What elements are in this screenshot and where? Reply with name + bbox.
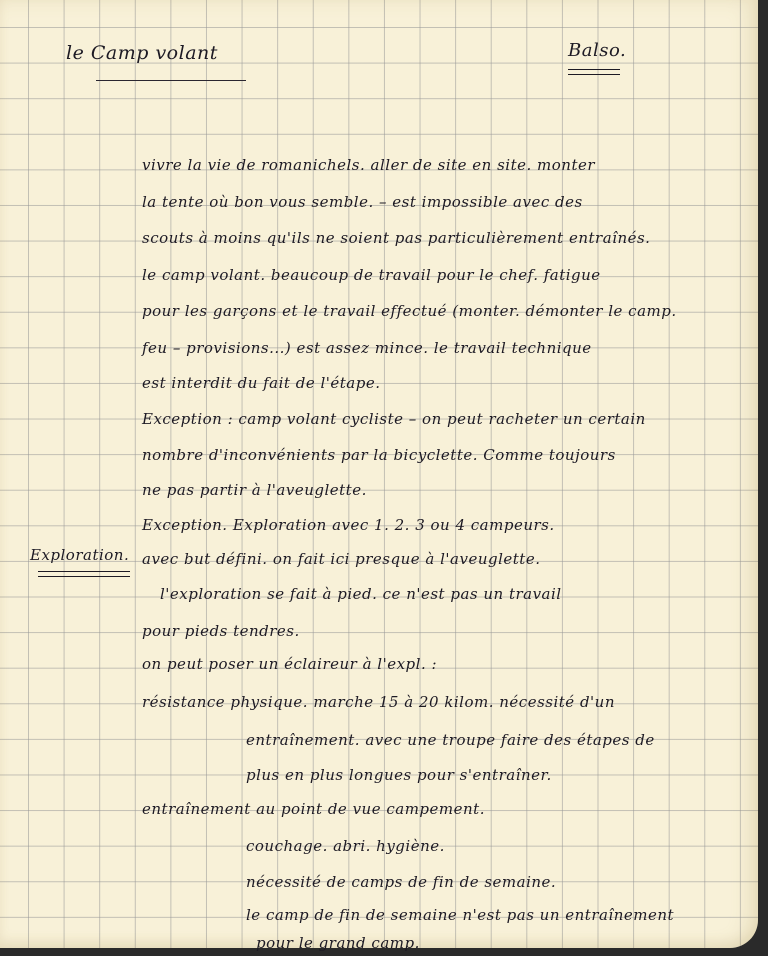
text-line: pour le grand camp. bbox=[256, 934, 420, 952]
text-line: nombre d'inconvénients par la bicyclette… bbox=[142, 446, 616, 464]
margin-heading-exploration: Exploration. bbox=[30, 546, 129, 564]
text-line: ne pas partir à l'aveuglette. bbox=[142, 481, 367, 499]
text-line: le camp volant. beaucoup de travail pour… bbox=[142, 266, 601, 284]
text-line: pour pieds tendres. bbox=[142, 622, 300, 640]
text-line: pour les garçons et le travail effectué … bbox=[142, 302, 677, 320]
text-line: le camp de fin de semaine n'est pas un e… bbox=[246, 906, 674, 924]
text-line: vivre la vie de romanichels. aller de si… bbox=[142, 156, 595, 174]
text-line: entraînement. avec une troupe faire des … bbox=[246, 731, 655, 749]
text-line: scouts à moins qu'ils ne soient pas part… bbox=[142, 229, 650, 247]
text-line: Exception : camp volant cycliste – on pe… bbox=[142, 410, 646, 428]
text-line: entraînement au point de vue campement. bbox=[142, 800, 485, 818]
title-underline bbox=[96, 80, 246, 81]
notebook-page: le Camp volant Balso. Exploration. vivre… bbox=[0, 0, 758, 948]
text-line: couchage. abri. hygiène. bbox=[246, 837, 445, 855]
page-title: le Camp volant bbox=[66, 42, 218, 64]
text-line: plus en plus longues pour s'entraîner. bbox=[246, 766, 552, 784]
author-double-underline bbox=[568, 69, 620, 75]
text-line: l'exploration se fait à pied. ce n'est p… bbox=[160, 585, 562, 603]
text-line: feu – provisions...) est assez mince. le… bbox=[142, 339, 592, 357]
text-line: la tente où bon vous semble. – est impos… bbox=[142, 193, 583, 211]
text-line: Exception. Exploration avec 1. 2. 3 ou 4… bbox=[142, 516, 555, 534]
text-line: avec but défini. on fait ici presque à l… bbox=[142, 550, 540, 568]
margin-heading-underline bbox=[38, 571, 130, 577]
text-line: résistance physique. marche 15 à 20 kilo… bbox=[142, 693, 615, 711]
text-line: nécessité de camps de fin de semaine. bbox=[246, 873, 556, 891]
author-signature: Balso. bbox=[568, 40, 626, 61]
text-line: on peut poser un éclaireur à l'expl. : bbox=[142, 655, 437, 673]
text-line: est interdit du fait de l'étape. bbox=[142, 374, 380, 392]
